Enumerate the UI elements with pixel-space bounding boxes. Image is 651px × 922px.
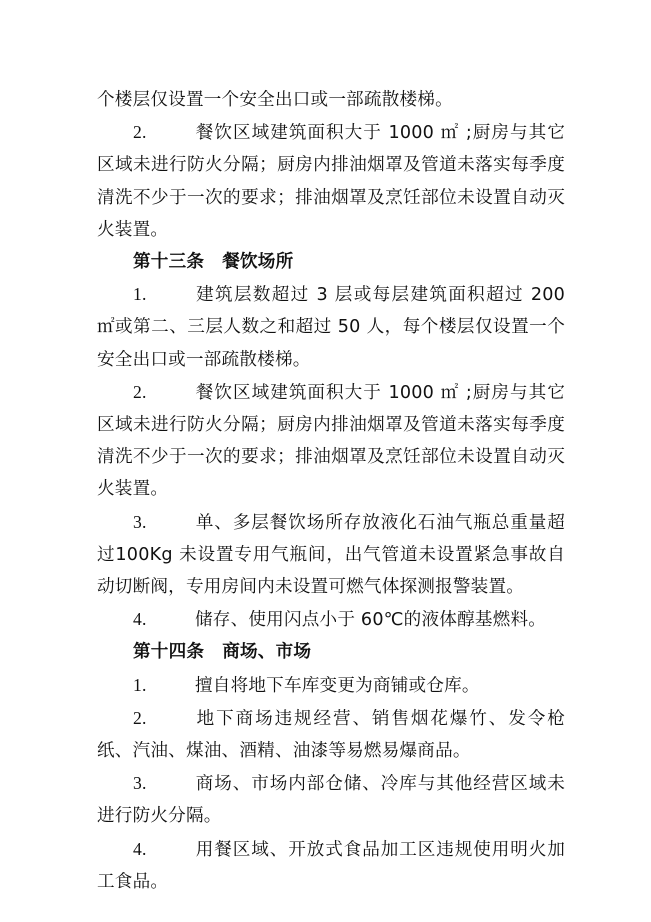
article-number: 第十三条 xyxy=(133,252,204,272)
item-text: 储存、使用闪点小于 60℃的液体醇基燃料。 xyxy=(195,610,546,630)
list-item: 3.单、多层餐饮场所存放液化石油气瓶总重量超过100Kg 未设置专用气瓶间，出气… xyxy=(97,506,565,604)
item-number: 4. xyxy=(133,603,195,635)
article-heading: 第十三条餐饮场所 xyxy=(97,246,565,278)
item-text: 擅自将地下车库变更为商铺或仓库。 xyxy=(195,676,480,696)
article-title: 商场、市场 xyxy=(222,642,311,662)
list-item: 2.餐饮区域建筑面积大于 1000 ㎡ ;厨房与其它区域未进行防火分隔；厨房内排… xyxy=(97,376,565,506)
item-number: 1. xyxy=(133,669,195,701)
item-number: 1. xyxy=(133,278,195,310)
list-item: 4.储存、使用闪点小于 60℃的液体醇基燃料。 xyxy=(97,603,565,636)
list-item: 2.餐饮区域建筑面积大于 1000 ㎡ ;厨房与其它区域未进行防火分隔；厨房内排… xyxy=(97,116,565,246)
article-heading: 第十四条商场、市场 xyxy=(97,636,565,668)
item-number: 2. xyxy=(133,376,195,408)
list-item: 3.商场、市场内部仓储、冷库与其他经营区域未进行防火分隔。 xyxy=(97,767,565,832)
paragraph-continuation: 个楼层仅设置一个安全出口或一部疏散楼梯。 xyxy=(97,84,565,116)
item-number: 3. xyxy=(133,506,195,538)
document-page: 个楼层仅设置一个安全出口或一部疏散楼梯。 2.餐饮区域建筑面积大于 1000 ㎡… xyxy=(97,84,565,898)
item-number: 3. xyxy=(133,767,195,799)
item-number: 2. xyxy=(133,116,195,148)
item-number: 4. xyxy=(133,833,195,865)
article-number: 第十四条 xyxy=(133,642,204,662)
article-title: 餐饮场所 xyxy=(222,252,293,272)
list-item: 4.用餐区域、开放式食品加工区违规使用明火加工食品。 xyxy=(97,833,565,898)
item-number: 2. xyxy=(133,702,195,734)
list-item: 2.地下商场违规经营、销售烟花爆竹、发令枪纸、汽油、煤油、酒精、油漆等易燃易爆商… xyxy=(97,702,565,767)
list-item: 1.擅自将地下车库变更为商铺或仓库。 xyxy=(97,669,565,702)
list-item: 1.建筑层数超过 3 层或每层建筑面积超过 200 ㎡或第二、三层人数之和超过 … xyxy=(97,278,565,376)
